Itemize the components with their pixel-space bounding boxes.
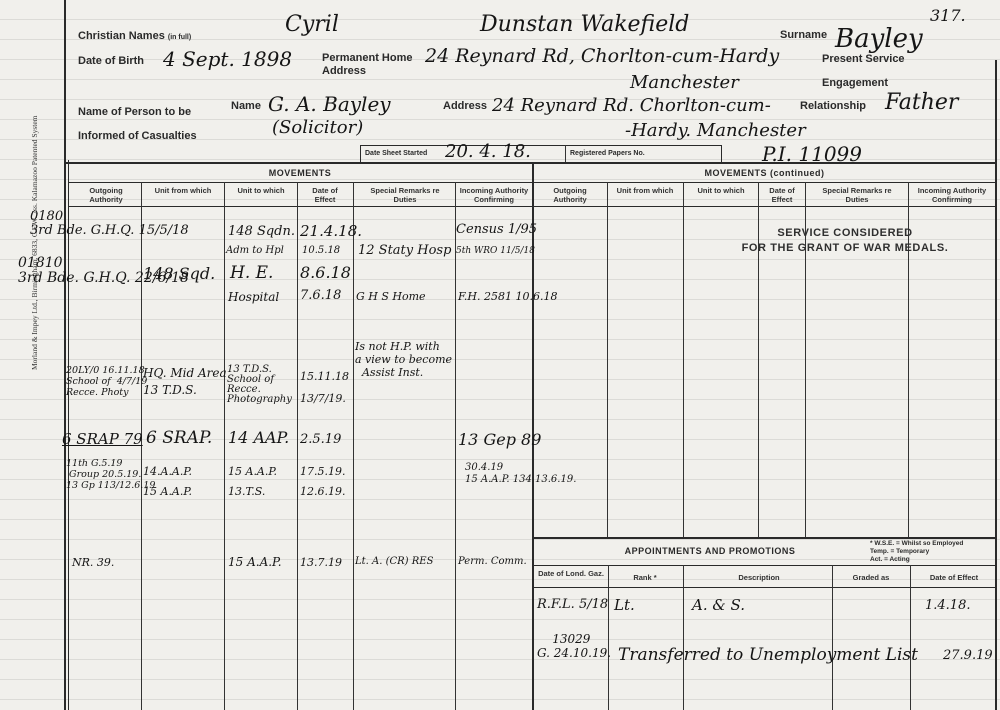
movement-row-2-incoming: 5th WRO 11/5/18 <box>456 246 535 256</box>
surname-value: Bayley <box>835 24 923 54</box>
informed-address-value-1: 24 Reynard Rd. Chorlton-cum- <box>492 95 771 116</box>
appt-row-2-gazette: 13029G. 24.10.19. <box>537 632 611 660</box>
date-of-birth-value: 4 Sept. 1898 <box>163 47 292 71</box>
movements-top-rule <box>64 162 997 164</box>
relationship-value: Father <box>885 90 958 115</box>
informed-name-value-2: (Solicitor) <box>272 117 363 138</box>
appt-row-1-rank: Lt. <box>614 596 635 614</box>
appointments-title: APPOINTMENTS AND PROMOTIONS <box>560 546 860 556</box>
movement-row-3-date: 8.6.18 <box>300 263 351 282</box>
col-line <box>353 182 354 710</box>
informed-address-label: Address <box>443 100 487 112</box>
col-header-unit-from-cont: Unit from which <box>614 186 676 195</box>
movement-row-4-date: 7.6.18 <box>300 288 341 303</box>
box-divider <box>565 145 566 162</box>
movement-row-2-remarks: 12 Staty Hosp <box>358 243 451 258</box>
movement-row-6-from: HQ. Mid Area13 T.D.S. <box>143 365 227 399</box>
col-header-outgoing: Outgoing Authority <box>78 186 134 204</box>
movement-row-11-outgoing: NR. 39. <box>72 556 114 569</box>
movement-row-8-from: 6 SRAP. <box>146 428 212 448</box>
movement-row-11-remarks: Lt. A. (CR) RES <box>355 556 433 567</box>
appointments-legend: * W.S.E. = Whilst so Employed Temp. = Te… <box>870 540 963 564</box>
col-header-outgoing-cont: Outgoing Authority <box>540 186 600 204</box>
col-header-date: Date of Effect <box>302 186 348 204</box>
surname-label: Surname <box>780 29 827 41</box>
col-line <box>607 182 608 537</box>
col-line <box>224 182 225 710</box>
present-service-label: Present Service <box>822 53 905 65</box>
movement-row-9-date: 17.5.19.12.6.19. <box>300 462 345 502</box>
appt-row-1-gazette: R.F.L. 5/18 <box>537 597 608 612</box>
col-line <box>455 182 456 710</box>
movements-continued-title: MOVEMENTS (continued) <box>534 168 995 178</box>
informed-name-value-1: G. A. Bayley <box>268 92 391 116</box>
movement-row-2-date: 10.5.18 <box>302 245 340 256</box>
movement-row-4-to: Hospital <box>228 290 279 304</box>
right-margin-line <box>995 60 997 710</box>
christian-names-value-2: Dunstan Wakefield <box>480 12 689 37</box>
col-header-unit-to-cont: Unit to which <box>690 186 752 195</box>
col-header-incoming-cont: Incoming Authority Confirming <box>910 186 994 204</box>
appt-header-rank: Rank * <box>612 573 678 582</box>
col-line <box>910 565 911 710</box>
movement-row-9-from: 14.A.A.P.15 A.A.P. <box>143 462 192 502</box>
movement-row-6-to: 13 T.D.S.School ofRecce.Photography <box>227 365 292 405</box>
movement-row-9-incoming: 30.4.1915 A.A.P. 134 13.6.19. <box>465 462 576 486</box>
movements-title-rule <box>68 182 995 183</box>
col-header-unit-from: Unit from which <box>152 186 214 195</box>
movement-row-4-remarks: G H S Home <box>356 290 426 303</box>
col-header-remarks: Special Remarks re Duties <box>362 186 448 204</box>
col-line <box>297 182 298 710</box>
appt-header-gazette: Date of Lond. Gaz. <box>538 569 604 578</box>
person-informed-label: Name of Person to be Informed of Casualt… <box>78 100 197 148</box>
appointments-top-rule <box>532 537 997 539</box>
left-margin-line <box>64 0 66 710</box>
movement-row-6-date: 15.11.1813/7/19. <box>300 366 349 410</box>
movement-row-8-outgoing: 6 SRAP 79 <box>62 430 143 448</box>
movement-row-9-to: 15 A.A.P.13.T.S. <box>228 462 277 502</box>
relationship-label: Relationship <box>800 100 866 112</box>
informed-address-value-2: -Hardy. Manchester <box>625 120 806 141</box>
movement-row-9-outgoing: 11th G.5.19 Group 20.5.19.13 Gp 113/12.6… <box>66 458 155 491</box>
permanent-home-label: Permanent Home Address <box>322 52 412 78</box>
movements-header-rule <box>68 206 995 207</box>
movement-row-3-from: 148 Sqd. <box>143 264 215 283</box>
movement-row-6-outgoing: 20LY/0 16.11.18School of 4/7/19Recce. Ph… <box>66 365 147 398</box>
col-header-incoming: Incoming Authority Confirming <box>457 186 531 204</box>
engagement-label: Engagement <box>822 77 888 89</box>
movement-row-11-to: 15 A.A.P. <box>228 555 282 569</box>
registered-papers-label: Registered Papers No. <box>570 150 645 157</box>
movement-row-1-to: 148 Sqdn. <box>228 224 295 239</box>
col-line <box>683 182 684 537</box>
movement-row-8-to: 14 AAP. <box>228 428 289 447</box>
movement-row-5-remarks: Is not H.P. witha view to become Assist … <box>355 340 452 379</box>
christian-names-label: Christian Names (in full) <box>78 30 191 42</box>
appointments-title-rule <box>534 565 995 566</box>
appt-row-1-description: A. & S. <box>692 596 745 614</box>
date-sheet-started-label: Date Sheet Started <box>365 150 427 157</box>
appt-row-2-description: Transferred to Unemployment List <box>618 645 918 665</box>
appt-header-effect: Date of Effect <box>914 573 994 582</box>
movement-row-11-incoming: Perm. Comm. <box>458 556 527 567</box>
home-address-value-1: 24 Reynard Rd, Chorlton-cum-Hardy <box>425 45 779 67</box>
appt-row-1-effect: 1.4.18. <box>925 598 970 613</box>
movement-row-8-incoming: 13 Gep 89 <box>458 430 541 449</box>
movement-row-2-to: Adm to Hpl <box>226 245 284 256</box>
movements-title: MOVEMENTS <box>68 168 532 178</box>
war-medals-stamp: SERVICE CONSIDERED FOR THE GRANT OF WAR … <box>725 226 965 256</box>
col-line <box>832 565 833 710</box>
movement-row-1-outgoing: 01803rd Bde. G.H.Q. 15/5/18 <box>30 210 189 238</box>
movement-row-1-incoming: Census 1/95 <box>456 222 537 237</box>
movement-row-4-incoming: F.H. 2581 10.6.18 <box>458 290 557 303</box>
movement-row-8-date: 2.5.19 <box>300 432 341 447</box>
sheet-number: 317. <box>930 6 966 25</box>
col-header-unit-to: Unit to which <box>232 186 290 195</box>
col-line <box>683 565 684 710</box>
christian-names-value-1: Cyril <box>285 12 339 37</box>
col-header-remarks-cont: Special Remarks re Duties <box>812 186 902 204</box>
appointments-header-rule <box>534 587 995 588</box>
movement-row-3-to: H. E. <box>230 263 273 283</box>
date-of-birth-label: Date of Birth <box>78 55 144 67</box>
movement-row-1-date: 21.4.18. <box>300 222 362 240</box>
home-address-value-2: Manchester <box>630 72 739 93</box>
movement-row-11-date: 13.7.19 <box>300 556 342 569</box>
appt-header-description: Description <box>690 573 828 582</box>
printer-imprint: Morland & Impey Ltd., Birmingham, 6833, … <box>30 115 39 370</box>
date-sheet-started-value: 20. 4. 18. <box>445 141 531 162</box>
col-header-date-cont: Date of Effect <box>761 186 803 204</box>
informed-name-label: Name <box>231 100 261 112</box>
appt-header-graded: Graded as <box>836 573 906 582</box>
appt-row-2-effect: 27.9.19 <box>943 648 993 663</box>
